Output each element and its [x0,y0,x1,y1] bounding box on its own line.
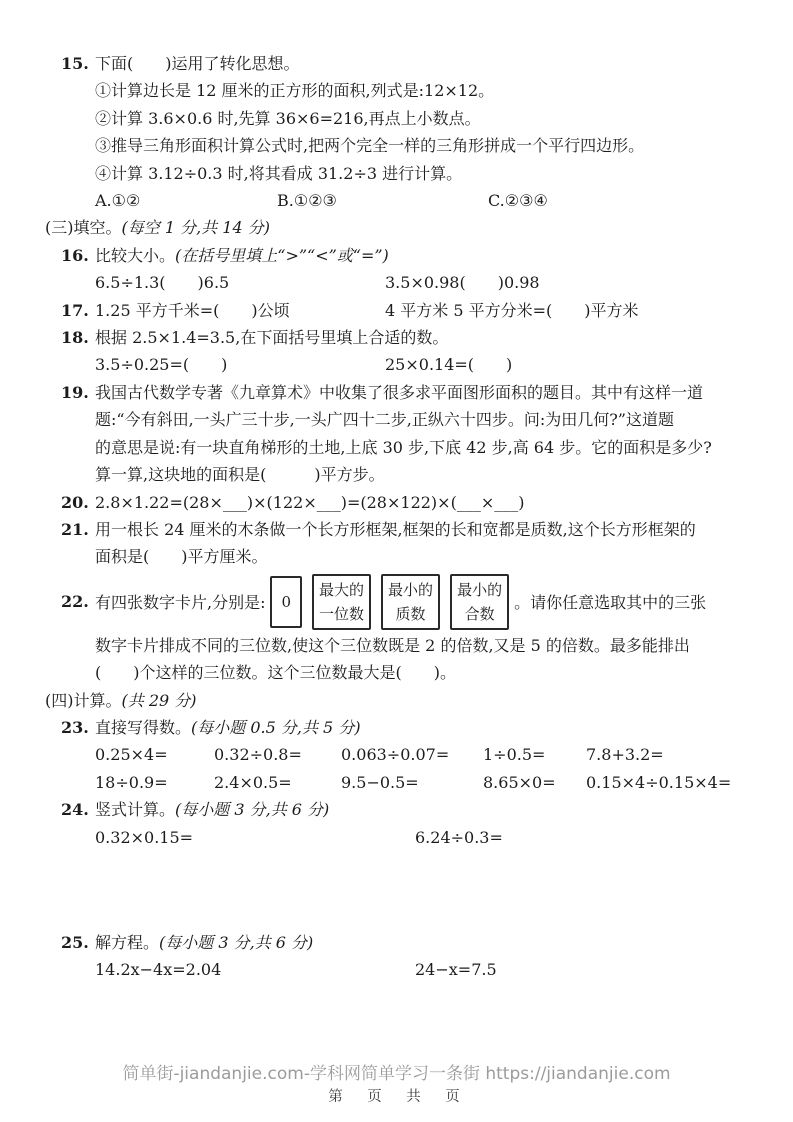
question-19: 19. 我国古代数学专著《九章算术》中收集了很多求平面图形面积的题目。其中有这样… [45,379,755,489]
question-24-stem: 竖式计算。(每小题 3 分,共 6 分) [95,796,755,823]
question-16-note: (在括号里填上“>”“<”或“=”) [175,246,389,265]
question-25-stem-text: 解方程。 [95,933,159,952]
card-line: 最小的 [457,578,502,602]
question-22-line-2: 数字卡片排成不同的三位数,使这个三位数既是 2 的倍数,又是 5 的倍数。最多能… [95,632,755,659]
question-19-line-4: 算一算,这块地的面积是( )平方步。 [95,461,755,488]
digit-card-zero-label: 0 [281,580,291,624]
q17-expression-1: 1.25 平方千米=( )公顷 [95,297,385,324]
page-footer: 简单街-jiandanjie.com-学科网简单学习一条街 https://ji… [0,1063,793,1108]
question-19-line-1: 我国古代数学专著《九章算术》中收集了很多求平面图形面积的题目。其中有这样一道 [95,379,755,406]
question-15-item-3: ③推导三角形面积计算公式时,把两个完全一样的三角形拼成一个平行四边形。 [95,132,755,159]
question-18-stem: 根据 2.5×1.4=3.5,在下面括号里填上合适的数。 [95,324,755,351]
digit-card-smallest-composite: 最小的 合数 [450,574,509,630]
question-24-stem-text: 竖式计算。 [95,800,175,819]
option-b: B.①②③ [277,187,488,214]
question-23: 23. 直接写得数。(每小题 0.5 分,共 5 分) 0.25×4= 0.32… [45,714,755,796]
section-header-calc: (四)计算。(共 29 分) [45,687,755,714]
question-16-number: 16. [61,242,95,297]
q24-expr-2: 6.24÷0.3= [415,824,755,851]
card-line: 最大的 [319,578,364,602]
question-15-options: A.①② B.①②③ C.②③④ [95,187,755,214]
question-23-number: 23. [61,714,95,796]
question-21-number: 21. [61,516,95,571]
section-calc-title: (四)计算。 [45,691,122,710]
question-24-row: 0.32×0.15= 6.24÷0.3= [95,824,755,851]
question-23-note: (每小题 0.5 分,共 5 分) [191,718,361,737]
question-24-number: 24. [61,796,95,851]
question-22-tail: 。请你任意选取其中的三张 [514,590,706,613]
q23-expr-7: 2.4×0.5= [214,769,341,796]
exam-page: 15. 下面( )运用了转化思想。 ①计算边长是 12 厘米的正方形的面积,列式… [0,0,793,1122]
q23-expr-3: 0.063÷0.07= [341,741,483,768]
q24-expr-1: 0.32×0.15= [95,824,415,851]
question-21: 21. 用一根长 24 厘米的木条做一个长方形框架,框架的长和宽都是质数,这个长… [45,516,755,571]
q23-expr-10: 0.15×4÷0.15×4= [586,769,755,796]
question-23-row-1: 0.25×4= 0.32÷0.8= 0.063÷0.07= 1÷0.5= 7.8… [95,741,755,768]
question-25-stem: 解方程。(每小题 3 分,共 6 分) [95,929,755,956]
card-line: 一位数 [319,602,364,626]
question-17: 17. 1.25 平方千米=( )公顷 4 平方米 5 平方分米=( )平方米 [45,297,755,324]
question-22-number: 22. [61,592,95,611]
question-25-number: 25. [61,929,95,984]
question-20: 20. 2.8×1.22=(28×___)×(122×___)=(28×122)… [45,489,755,516]
question-16: 16. 比较大小。(在括号里填上“>”“<”或“=”) 6.5÷1.3( )6.… [45,242,755,297]
question-19-number: 19. [61,379,95,489]
question-23-stem-text: 直接写得数。 [95,718,191,737]
question-15-item-2: ②计算 3.6×0.6 时,先算 36×6=216,再点上小数点。 [95,105,755,132]
question-21-line-2: 面积是( )平方厘米。 [95,543,755,570]
q23-expr-6: 18÷0.9= [95,769,214,796]
question-15-item-1: ①计算边长是 12 厘米的正方形的面积,列式是:12×12。 [95,77,755,104]
digit-card-smallest-prime: 最小的 质数 [381,574,440,630]
question-19-line-2: 题:“今有斜田,一头广三十步,一头广四十二步,正纵六十四步。问:为田几何?”这道… [95,406,755,433]
card-line: 最小的 [388,578,433,602]
question-23-stem: 直接写得数。(每小题 0.5 分,共 5 分) [95,714,755,741]
section-fill-title: (三)填空。 [45,218,122,237]
question-25-row: 14.2x−4x=2.04 24−x=7.5 [95,956,755,983]
footer-page-indicator: 第 页 共 页 [0,1087,793,1108]
question-15-number: 15. [61,50,95,214]
q23-expr-2: 0.32÷0.8= [214,741,341,768]
digit-card-zero: 0 [270,576,302,628]
q25-equation-2: 24−x=7.5 [415,956,755,983]
question-20-stem: 2.8×1.22=(28×___)×(122×___)=(28×122)×(__… [95,489,755,516]
q25-equation-1: 14.2x−4x=2.04 [95,956,415,983]
section-calc-note: (共 29 分) [122,691,197,710]
q18-expression-2: 25×0.14=( ) [385,351,755,378]
question-24-note: (每小题 3 分,共 6 分) [175,800,329,819]
digit-card-largest-one-digit: 最大的 一位数 [312,574,371,630]
question-15: 15. 下面( )运用了转化思想。 ①计算边长是 12 厘米的正方形的面积,列式… [45,50,755,214]
question-18-number: 18. [61,324,95,379]
question-20-number: 20. [61,489,95,516]
q23-expr-5: 7.8+3.2= [586,741,755,768]
question-21-line-1: 用一根长 24 厘米的木条做一个长方形框架,框架的长和宽都是质数,这个长方形框架… [95,516,755,543]
working-space [45,851,755,929]
question-23-row-2: 18÷0.9= 2.4×0.5= 9.5−0.5= 8.65×0= 0.15×4… [95,769,755,796]
question-25: 25. 解方程。(每小题 3 分,共 6 分) 14.2x−4x=2.04 24… [45,929,755,984]
section-fill-note: (每空 1 分,共 14 分) [122,218,270,237]
question-25-note: (每小题 3 分,共 6 分) [159,933,313,952]
footer-site-line: 简单街-jiandanjie.com-学科网简单学习一条街 https://ji… [0,1063,793,1085]
q17-expression-2: 4 平方米 5 平方分米=( )平方米 [385,297,755,324]
q16-expression-2: 3.5×0.98( )0.98 [385,269,755,296]
question-18: 18. 根据 2.5×1.4=3.5,在下面括号里填上合适的数。 3.5÷0.2… [45,324,755,379]
question-17-number: 17. [61,297,95,324]
question-16-row: 6.5÷1.3( )6.5 3.5×0.98( )0.98 [95,269,755,296]
option-a: A.①② [95,187,277,214]
q23-expr-1: 0.25×4= [95,741,214,768]
question-17-row: 1.25 平方千米=( )公顷 4 平方米 5 平方分米=( )平方米 [95,297,755,324]
card-line: 合数 [457,602,502,626]
question-24: 24. 竖式计算。(每小题 3 分,共 6 分) 0.32×0.15= 6.24… [45,796,755,851]
q23-expr-8: 9.5−0.5= [341,769,483,796]
question-15-item-4: ④计算 3.12÷0.3 时,将其看成 31.2÷3 进行计算。 [95,160,755,187]
question-16-stem: 比较大小。(在括号里填上“>”“<”或“=”) [95,242,755,269]
question-22-cards-line: 22. 有四张数字卡片,分别是: 0 最大的 一位数 最小的 质数 最小的 合数… [45,574,755,630]
card-line: 质数 [388,602,433,626]
question-16-stem-text: 比较大小。 [95,246,175,265]
option-c: C.②③④ [488,187,755,214]
question-22-number-spacer [61,632,95,687]
question-22-continued: 数字卡片排成不同的三位数,使这个三位数既是 2 的倍数,又是 5 的倍数。最多能… [45,632,755,687]
q23-expr-4: 1÷0.5= [483,741,586,768]
question-19-line-3: 的意思是说:有一块直角梯形的土地,上底 30 步,下底 42 步,高 64 步。… [95,434,755,461]
question-22-line-3: ( )个这样的三位数。这个三位数最大是( )。 [95,659,755,686]
question-22-lead: 有四张数字卡片,分别是: [95,590,265,613]
section-header-fill: (三)填空。(每空 1 分,共 14 分) [45,214,755,241]
question-18-row: 3.5÷0.25=( ) 25×0.14=( ) [95,351,755,378]
q18-expression-1: 3.5÷0.25=( ) [95,351,385,378]
q23-expr-9: 8.65×0= [483,769,586,796]
q16-expression-1: 6.5÷1.3( )6.5 [95,269,385,296]
question-15-stem: 下面( )运用了转化思想。 [95,50,755,77]
